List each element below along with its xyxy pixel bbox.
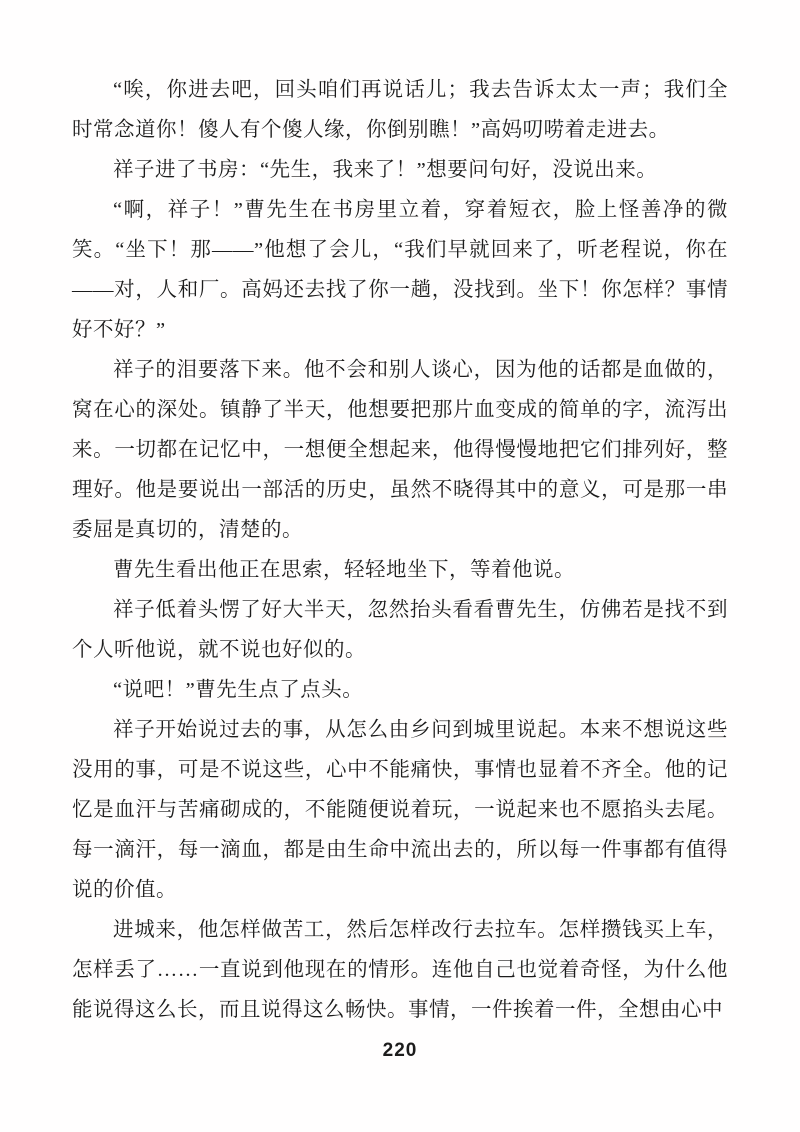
paragraph-1: “唉，你进去吧，回头咱们再说话儿；我去告诉太太一声；我们全时常念道你！傻人有个傻… — [72, 70, 728, 150]
paragraph-3: “啊，祥子！”曹先生在书房里立着，穿着短衣，脸上怪善净的微笑。“坐下！那——”他… — [72, 190, 728, 350]
paragraph-4: 祥子的泪要落下来。他不会和别人谈心，因为他的话都是血做的，窝在心的深处。镇静了半… — [72, 350, 728, 550]
paragraph-2: 祥子进了书房：“先生，我来了！”想要问句好，没说出来。 — [72, 150, 728, 190]
page-number: 220 — [0, 1040, 800, 1062]
paragraph-5: 曹先生看出他正在思索，轻轻地坐下，等着他说。 — [72, 550, 728, 590]
paragraph-9: 进城来，他怎样做苦工，然后怎样改行去拉车。怎样攒钱买上车，怎样丢了……一直说到他… — [72, 910, 728, 1030]
book-page: “唉，你进去吧，回头咱们再说话儿；我去告诉太太一声；我们全时常念道你！傻人有个傻… — [0, 0, 800, 1132]
paragraph-7: “说吧！”曹先生点了点头。 — [72, 670, 728, 710]
body-text: “唉，你进去吧，回头咱们再说话儿；我去告诉太太一声；我们全时常念道你！傻人有个傻… — [72, 70, 728, 1030]
paragraph-8: 祥子开始说过去的事，从怎么由乡问到城里说起。本来不想说这些没用的事，可是不说这些… — [72, 710, 728, 910]
paragraph-6: 祥子低着头愣了好大半天，忽然抬头看看曹先生，仿佛若是找不到个人听他说，就不说也好… — [72, 590, 728, 670]
